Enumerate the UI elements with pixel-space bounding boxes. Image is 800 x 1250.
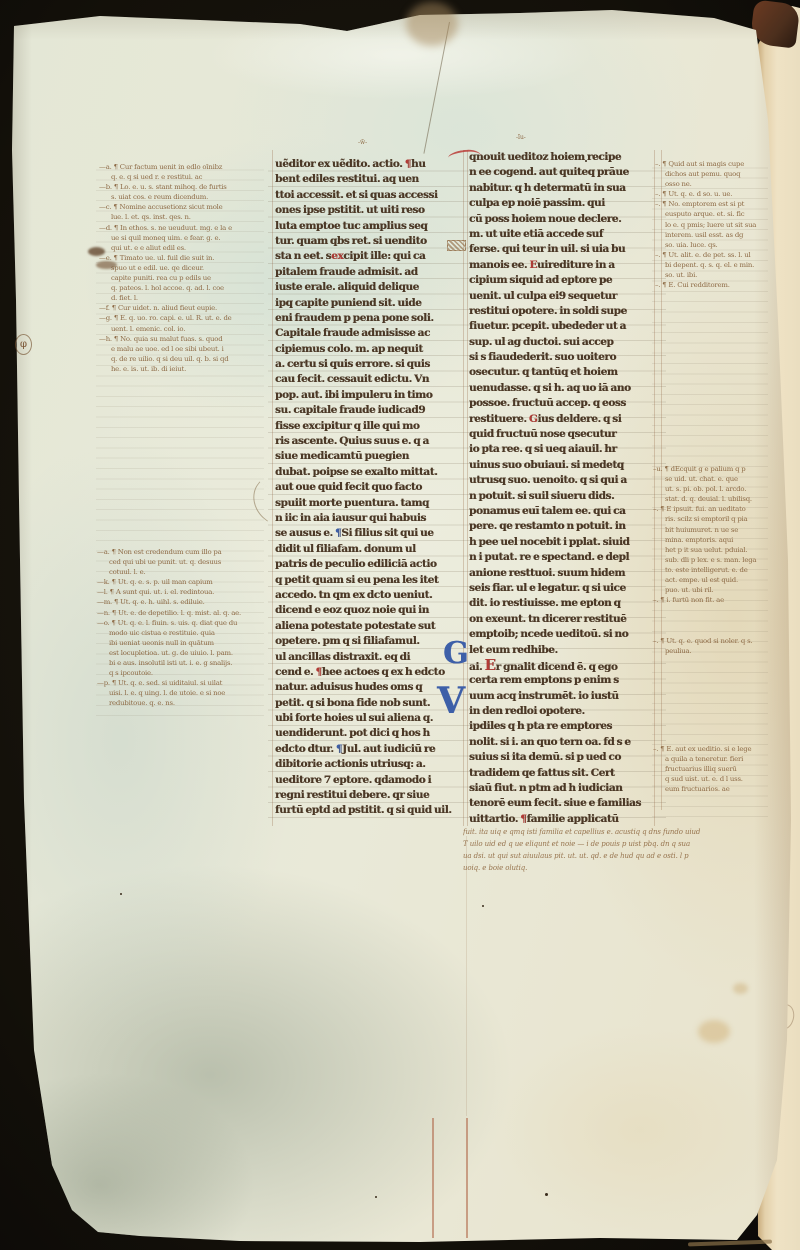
- speck: [545, 1193, 548, 1196]
- gloss-left-lower: —a. ¶ Non est credendum cum illo pa ced …: [97, 547, 279, 715]
- vertical-ruling-line: [467, 150, 468, 826]
- gloss-left-upper: —a. ¶ Cur factum uenit in edlo oīnibz q.…: [99, 162, 275, 376]
- vertical-ruling-line: [466, 836, 467, 1116]
- speck: [120, 893, 122, 895]
- interlinear-note: -ĩu-: [516, 134, 526, 141]
- page-edge-highlight: [688, 1240, 772, 1247]
- decorated-initial-blue-g: G: [443, 636, 469, 671]
- gloss-right-note-b: –. ¶ E. aut ex ueditio. si e lege a quil…: [653, 744, 767, 799]
- text-column-left: uẽditor ex uẽdito. actio. ¶hubent ediles…: [275, 157, 465, 822]
- stain: [406, 2, 458, 46]
- cursive-addition: fuit. ita uiq e qmq isti familia et cape…: [463, 826, 797, 878]
- gloss-right-middle: –u. ¶ dEcquit g e palium q p se uid. ut.…: [653, 464, 767, 612]
- line-filler-ornament: [447, 240, 466, 251]
- vertical-ruling-line-red: [432, 1118, 434, 1238]
- decorated-initial-blue-v: V: [437, 680, 465, 722]
- quire-mark-circle: φ: [15, 334, 32, 355]
- speck: [482, 905, 484, 907]
- gloss-right-upper: –. ¶ Quid aut si magis cupe dichos aut p…: [655, 159, 767, 295]
- manuscript-photograph: uẽditor ex uẽdito. actio. ¶hubent ediles…: [0, 0, 800, 1250]
- stain: [698, 1020, 730, 1043]
- ink-smudge: [96, 261, 117, 269]
- interlinear-note: -w̃-: [358, 139, 367, 146]
- text-column-right: qnouit ueditoz hoiem recipen ee cogend. …: [469, 150, 665, 832]
- stain: [733, 983, 748, 994]
- speck: [585, 160, 587, 162]
- ink-smudge: [88, 247, 105, 256]
- speck: [375, 1196, 377, 1198]
- gloss-right-note-a: –. ¶ Ut. q. e. quod si noler. q s. peuli…: [653, 636, 767, 660]
- vertical-ruling-line-red: [466, 1118, 468, 1238]
